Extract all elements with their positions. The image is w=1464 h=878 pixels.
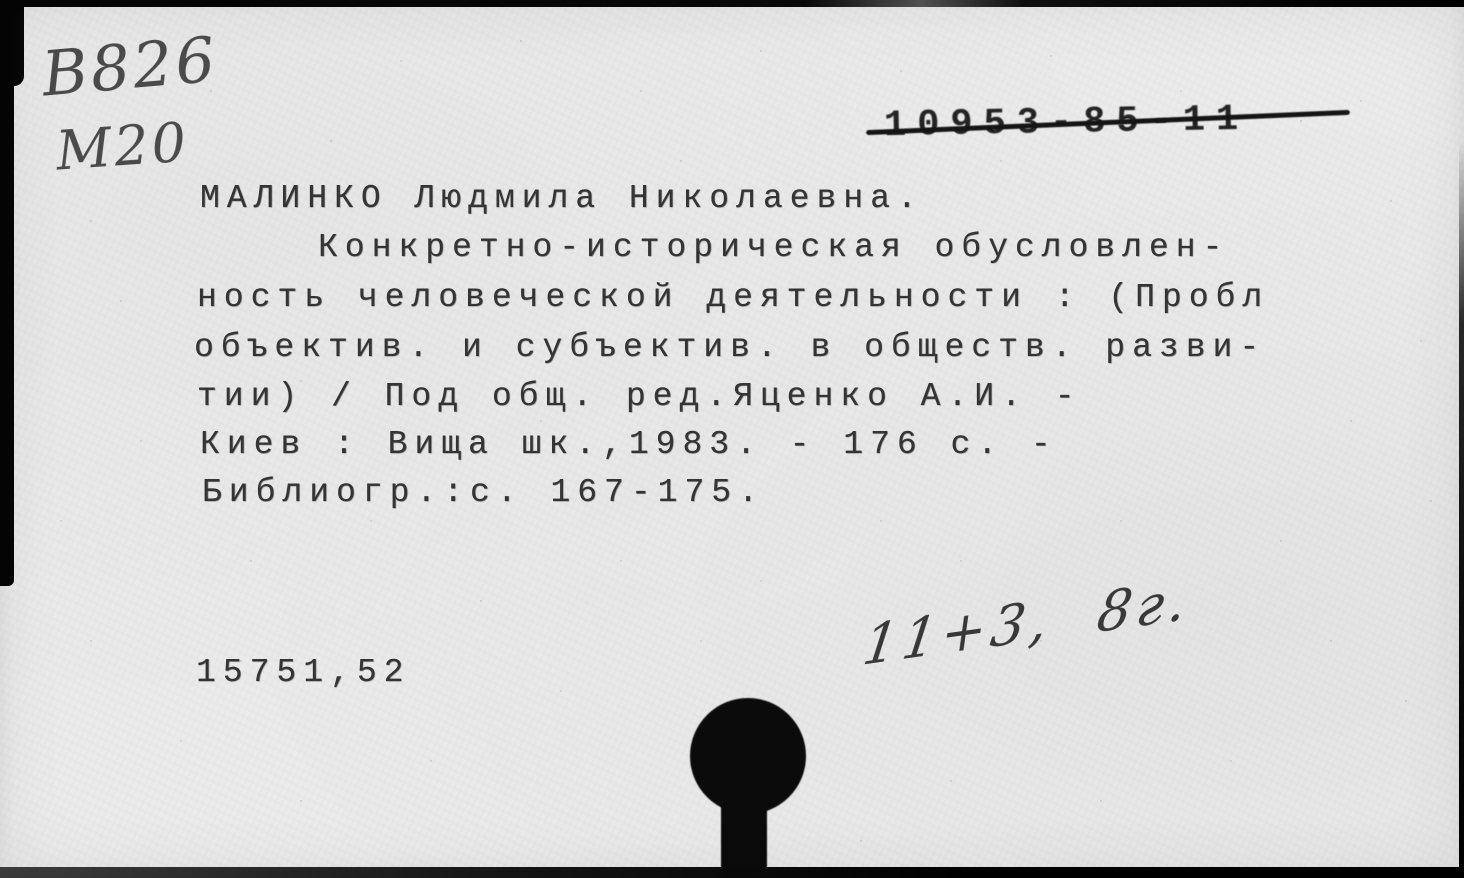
call-number-top: В826: [40, 28, 221, 105]
handwritten-note: 11+3, 8г.: [860, 572, 1195, 674]
scan-edge-left: [0, 0, 14, 586]
entry-title-line-1: Конкретно-историческая обусловлен-: [318, 231, 1229, 264]
entry-title-line-3: объектив. и субъектив. в обществ. разви-: [194, 331, 1266, 364]
call-number-bottom: М20: [54, 115, 190, 178]
entry-bibliography-line: Библиогр.:с. 167-175.: [202, 476, 765, 509]
punch-hole-slot: [721, 786, 767, 878]
scan-edge-top: [0, 0, 1464, 7]
entry-title-line-2: ность человеческой деятельности : (Пробл: [197, 281, 1269, 314]
entry-imprint-line: Киев : Вища шк.,1983. - 176 с. -: [200, 428, 1058, 461]
entry-author-line: МАЛИНКО Людмила Николаевна.: [200, 182, 924, 215]
catalog-card-scan: В826 М20 10953-85-11 МАЛИНКО Людмила Ник…: [0, 0, 1464, 878]
accession-number: 15751,52: [196, 654, 410, 691]
scan-edge-right: [1459, 140, 1464, 878]
entry-editor-line: тии) / Под общ. ред.Яценко А.И. -: [197, 380, 1082, 413]
scan-noise: [0, 0, 2, 2]
